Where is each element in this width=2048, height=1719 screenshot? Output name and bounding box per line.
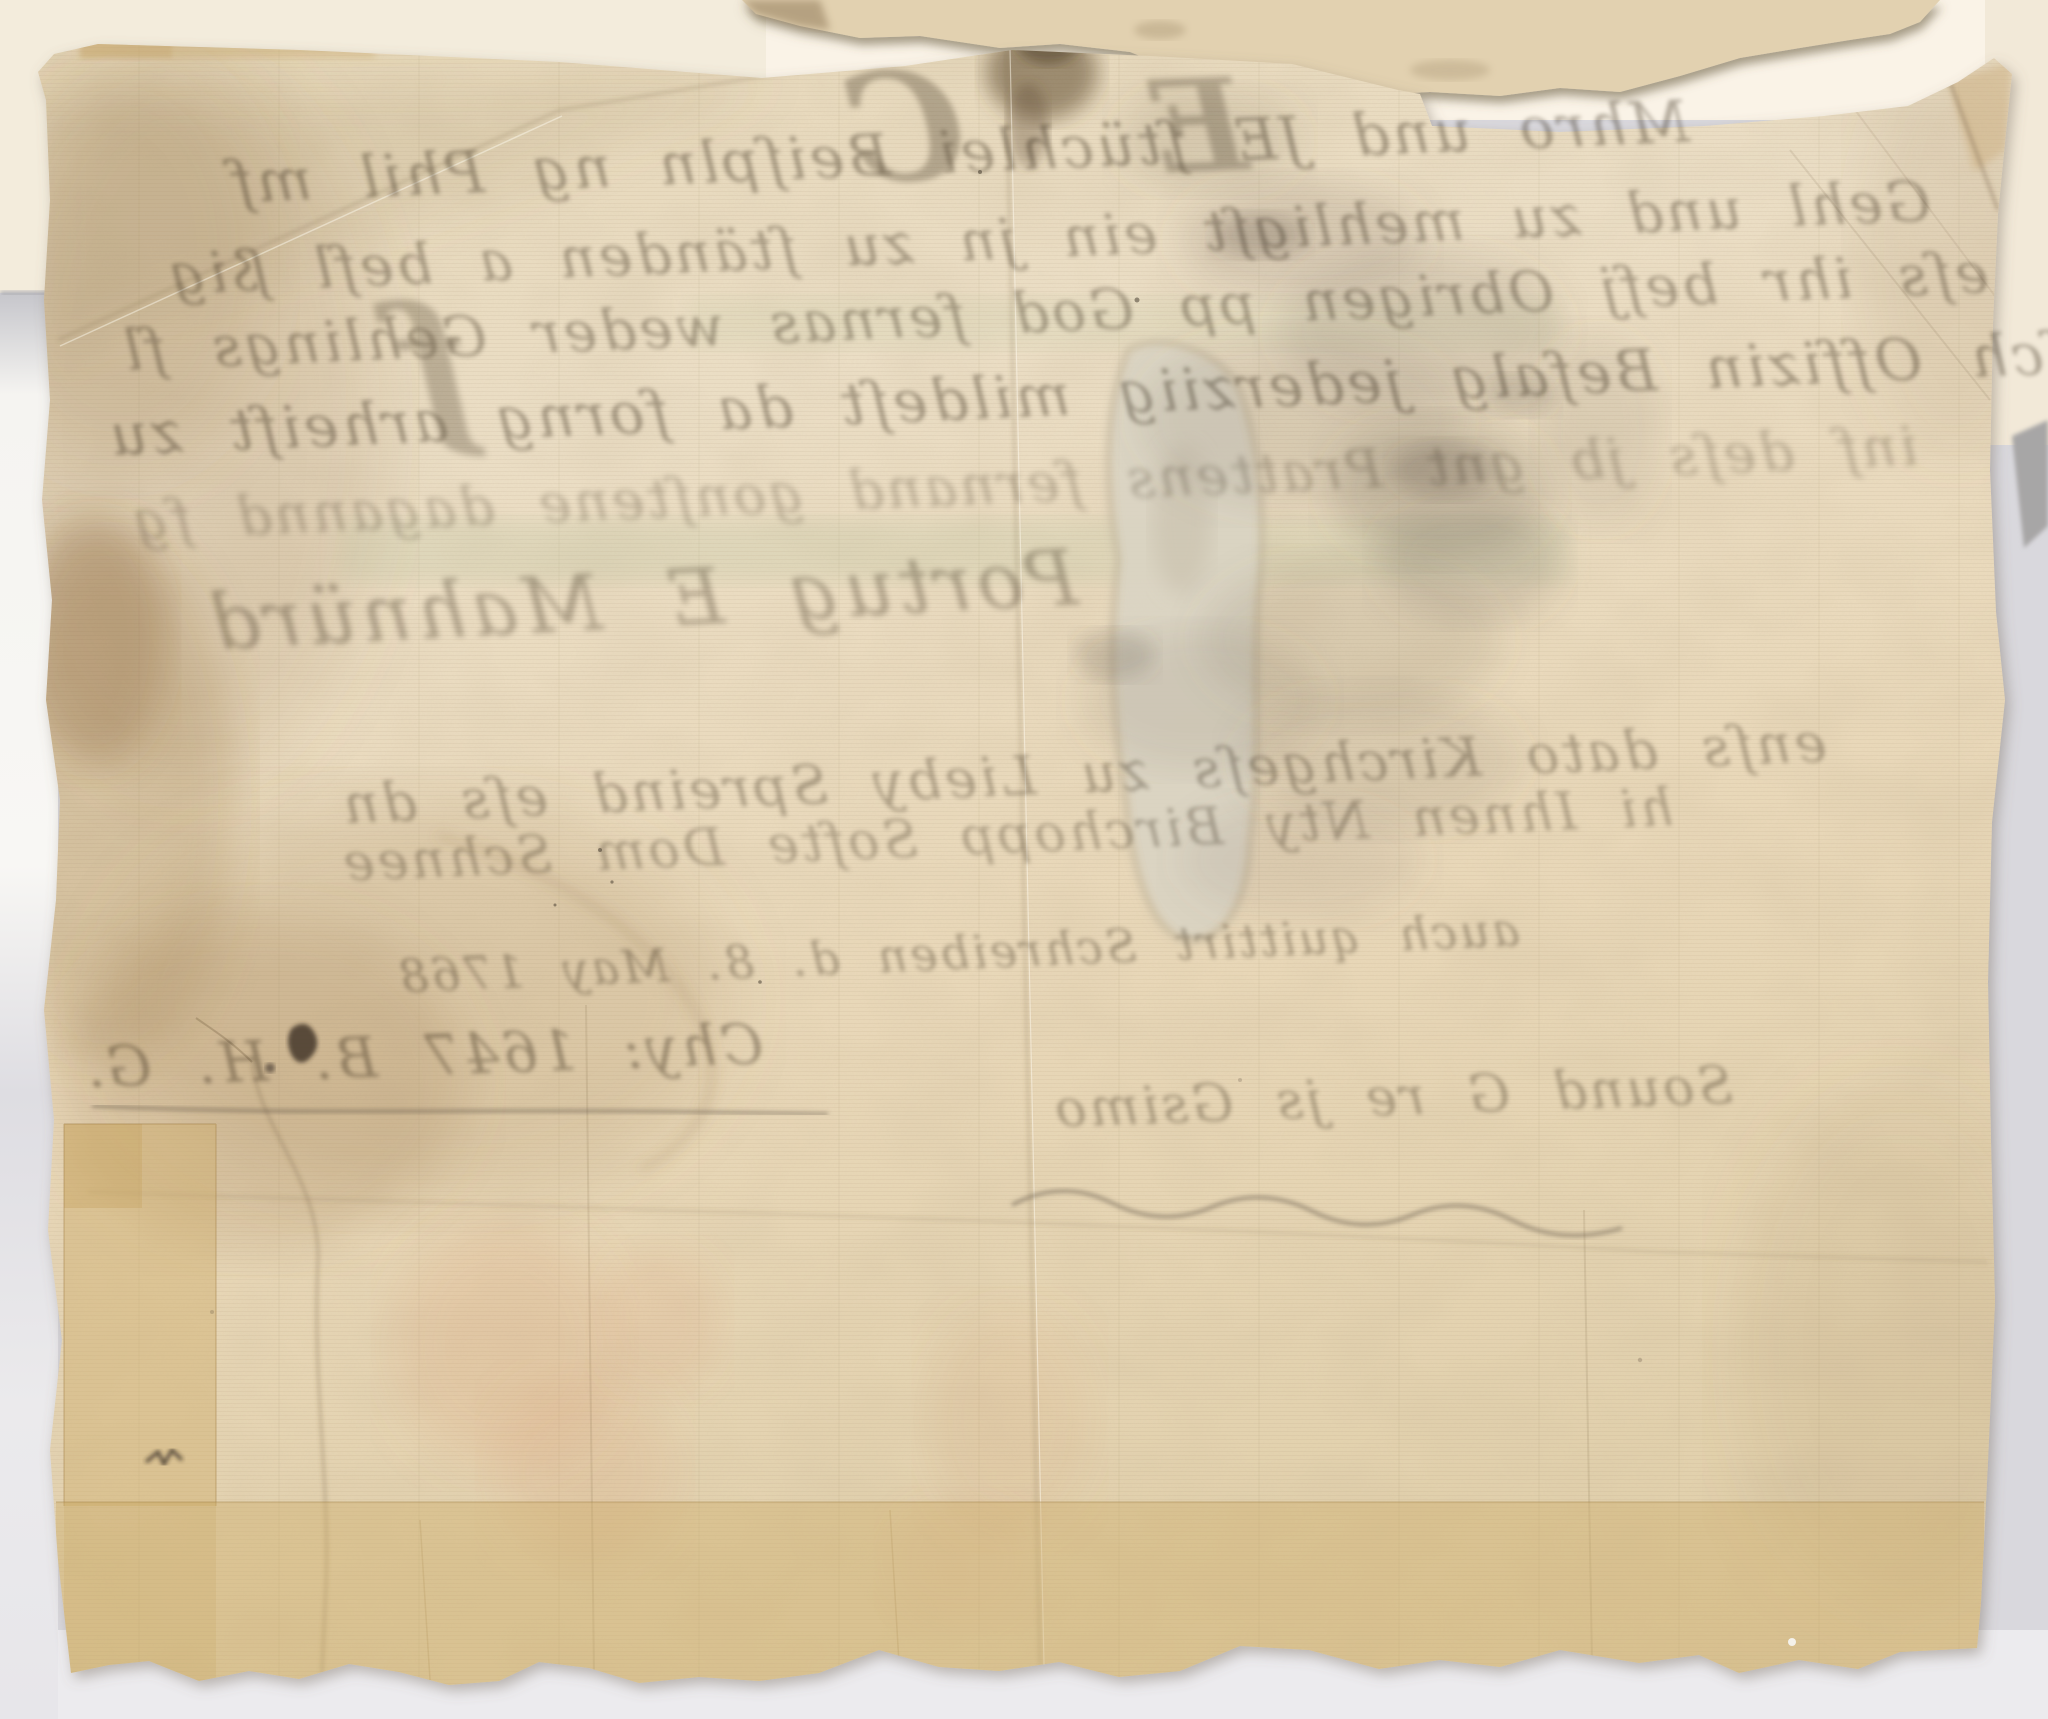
document-scan: C E f Mhro und JE ſtüchlei Beiſpln ng Ph… bbox=[0, 0, 2048, 1719]
speck bbox=[210, 1310, 214, 1314]
speck bbox=[1135, 298, 1140, 303]
speck bbox=[598, 848, 602, 852]
main-sheet bbox=[0, 16, 2048, 1700]
fragment-speck bbox=[1410, 60, 1490, 80]
speck bbox=[758, 980, 762, 984]
cloud-streak bbox=[1214, 213, 1306, 257]
ink-stain-tail bbox=[1008, 83, 1048, 167]
vertical-tape-strip-bottom-left bbox=[64, 1124, 216, 1506]
cloud-streak bbox=[1484, 375, 1556, 415]
ink-blotch-dot bbox=[265, 1063, 275, 1073]
speck bbox=[1638, 1358, 1642, 1362]
speck bbox=[554, 904, 557, 907]
tape-overlap-left bbox=[64, 1502, 216, 1687]
speck bbox=[610, 880, 613, 883]
speck bbox=[1238, 1078, 1242, 1082]
cloud-blob bbox=[1540, 335, 1660, 525]
scan-artwork bbox=[0, 0, 2048, 1719]
pink-stain bbox=[598, 1248, 722, 1392]
white-speck bbox=[1788, 1638, 1796, 1646]
fragment-speck bbox=[1134, 21, 1186, 39]
cloud-blob bbox=[1120, 90, 1300, 190]
cloud-blob bbox=[1180, 800, 1420, 920]
speck bbox=[978, 170, 982, 174]
tape-top-block bbox=[64, 1124, 142, 1208]
cloud-streak bbox=[1075, 630, 1155, 680]
cloud-streak bbox=[1393, 442, 1497, 498]
